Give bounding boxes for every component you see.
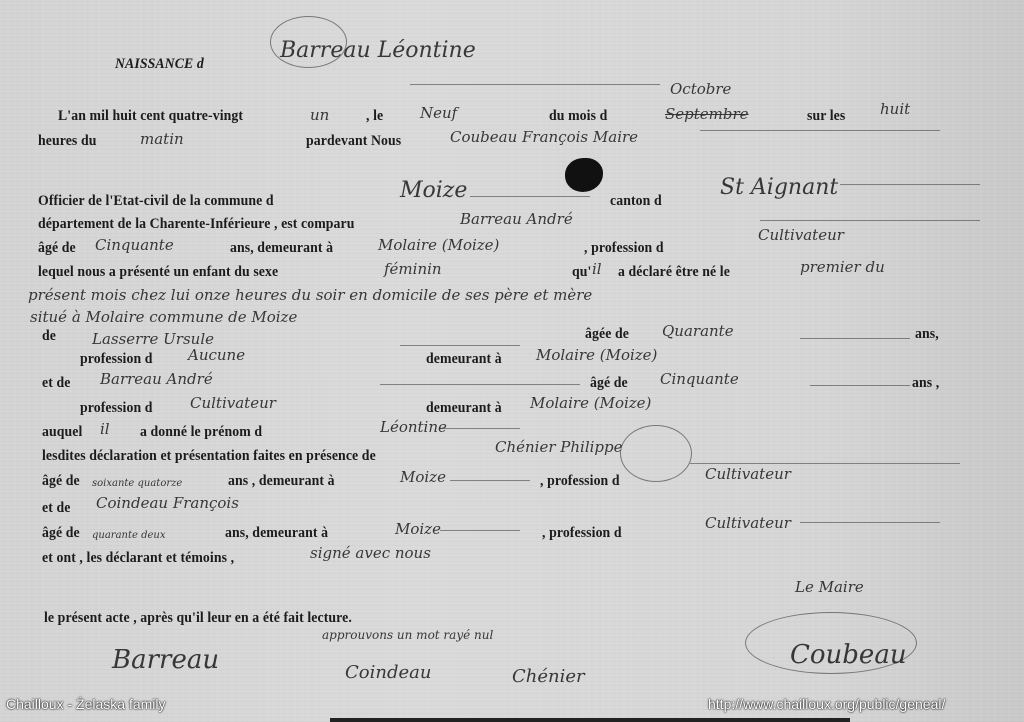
fill-line: [700, 130, 940, 131]
birth-certificate-scan: NAISSANCE d Barreau Léontine L'an mil hu…: [0, 0, 1024, 722]
handwritten-year: un: [310, 106, 329, 124]
printed-month-label: du mois d: [549, 108, 607, 125]
printed-years-label: ans,: [915, 326, 939, 343]
fill-line: [400, 345, 520, 346]
printed-witness2-profession-label: , profession d: [542, 525, 622, 542]
handwritten-mother-profession: Aucune: [188, 346, 245, 364]
handwritten-approval-note: approuvons un mot rayé nul: [322, 628, 493, 642]
handwritten-given-pronoun: il: [100, 420, 110, 438]
handwritten-witness2-profession: Cultivateur: [705, 514, 791, 532]
printed-years-label: ans ,: [912, 375, 939, 392]
printed-department-label: département de la Charente-Inférieure , …: [38, 216, 355, 233]
handwritten-witness2: Coindeau François: [96, 494, 239, 512]
printed-father-residence-label: demeurant à: [426, 400, 502, 417]
handwritten-month-struck: Septembre: [665, 105, 749, 123]
handwritten-witness2-residence: Moize: [395, 520, 441, 538]
printed-firstname-label: a donné le prénom d: [140, 424, 262, 441]
signature-flourish: [745, 612, 917, 674]
handwritten-time-of-day: matin: [140, 130, 184, 148]
handwritten-father: Barreau André: [100, 370, 213, 388]
watermark-family: Chailloux - Żelaska family: [6, 696, 166, 712]
handwritten-commune: Moize: [400, 178, 467, 203]
handwritten-mayor-label: Le Maire: [795, 578, 864, 596]
fill-line: [810, 385, 910, 386]
printed-year-label: L'an mil huit cent quatre-vingt: [58, 108, 243, 125]
handwritten-declarant-profession: Cultivateur: [758, 226, 844, 244]
printed-hour-label: sur les: [807, 108, 845, 125]
printed-witness-label: lesdites déclaration et présentation fai…: [42, 448, 376, 465]
handwritten-birth-details: présent mois chez lui onze heures du soi…: [28, 286, 592, 304]
printed-age-label: âgé de: [38, 240, 76, 257]
printed-witness1-profession-label: , profession d: [540, 473, 620, 490]
handwritten-witness1: Chénier Philippe: [495, 438, 623, 456]
fill-line: [800, 338, 910, 339]
printed-mother-age-label: âgée de: [585, 326, 629, 343]
printed-given-label: auquel: [42, 424, 82, 441]
printed-father-age-label: âgé de: [590, 375, 628, 392]
watermark-url[interactable]: http://www.chailloux.org/public/geneal/: [708, 696, 945, 712]
flourish-decoration: [620, 425, 692, 482]
handwritten-birth-date: premier du: [800, 258, 885, 276]
printed-commune-label: Officier de l'Etat-civil de la commune d: [38, 193, 274, 210]
handwritten-father-profession: Cultivateur: [190, 394, 276, 412]
handwritten-officer: Coubeau François Maire: [450, 128, 638, 146]
flourish-decoration: [270, 16, 347, 68]
handwritten-day: Neuf: [420, 104, 457, 122]
signature-coindeau: Coindeau: [345, 662, 431, 683]
printed-officer-label: pardevant Nous: [306, 133, 401, 150]
handwritten-declarant: Barreau André: [460, 210, 573, 228]
fill-line: [690, 463, 960, 464]
handwritten-declarant-residence: Molaire (Moize): [378, 236, 499, 254]
handwritten-hour: huit: [880, 100, 910, 118]
title-underline: [410, 84, 660, 85]
printed-canton-label: canton d: [610, 193, 662, 210]
fill-line: [800, 522, 940, 523]
printed-signed-label: et ont , les déclarant et témoins ,: [42, 550, 234, 567]
printed-time-label: heures du: [38, 133, 96, 150]
handwritten-father-age: Cinquante: [660, 370, 739, 388]
ink-blot: [565, 158, 603, 192]
fill-line: [380, 384, 580, 385]
printed-day-label: , le: [366, 108, 383, 125]
fill-line: [450, 480, 530, 481]
printed-mother-residence-label: demeurant à: [426, 351, 502, 368]
fill-line: [760, 220, 980, 221]
printed-witness2-label: et de: [42, 500, 70, 517]
printed-born-label: a déclaré être né le: [618, 264, 730, 281]
printed-child-label: lequel nous a présenté un enfant du sexe: [38, 264, 278, 281]
handwritten-canton: St Aignant: [720, 175, 838, 200]
signature-chenier: Chénier: [512, 666, 585, 687]
fill-line: [840, 184, 980, 185]
signature-barreau: Barreau: [112, 645, 219, 675]
printed-witness2-age-label: âgé de: [42, 525, 80, 542]
printed-mother-profession-label: profession d: [80, 351, 153, 368]
printed-witness1-age-label: âgé de: [42, 473, 80, 490]
fill-line: [470, 196, 590, 197]
handwritten-declarant-age: Cinquante: [95, 236, 174, 254]
handwritten-witness2-age: quarante deux: [92, 530, 166, 541]
handwritten-witness1-age: soixante quatorze: [92, 478, 182, 489]
handwritten-witness1-residence: Moize: [400, 468, 446, 486]
fill-line: [440, 530, 520, 531]
document-title: NAISSANCE d: [115, 56, 204, 73]
handwritten-witness1-profession: Cultivateur: [705, 465, 791, 483]
printed-residence-label: ans, demeurant à: [230, 240, 333, 257]
printed-mother-label: de: [42, 328, 56, 345]
fill-line: [440, 428, 520, 429]
handwritten-birth-place: situé à Molaire commune de Moize: [30, 308, 297, 326]
printed-father-profession-label: profession d: [80, 400, 153, 417]
handwritten-mother-residence: Molaire (Moize): [536, 346, 657, 364]
printed-witness2-residence-label: ans, demeurant à: [225, 525, 328, 542]
handwritten-month-correction: Octobre: [670, 80, 731, 98]
handwritten-father-residence: Molaire (Moize): [530, 394, 651, 412]
printed-profession-label: , profession d: [584, 240, 664, 257]
handwritten-pronoun: il: [592, 260, 602, 278]
scan-edge: [330, 718, 850, 722]
handwritten-signed: signé avec nous: [310, 544, 431, 562]
handwritten-first-name: Léontine: [380, 418, 447, 436]
handwritten-mother-age: Quarante: [662, 322, 734, 340]
printed-father-label: et de: [42, 375, 70, 392]
printed-witness1-residence-label: ans , demeurant à: [228, 473, 335, 490]
printed-declared-label: qu': [572, 264, 591, 281]
printed-reading-label: le présent acte , après qu'il leur en a …: [44, 610, 352, 627]
handwritten-sex: féminin: [384, 260, 442, 278]
